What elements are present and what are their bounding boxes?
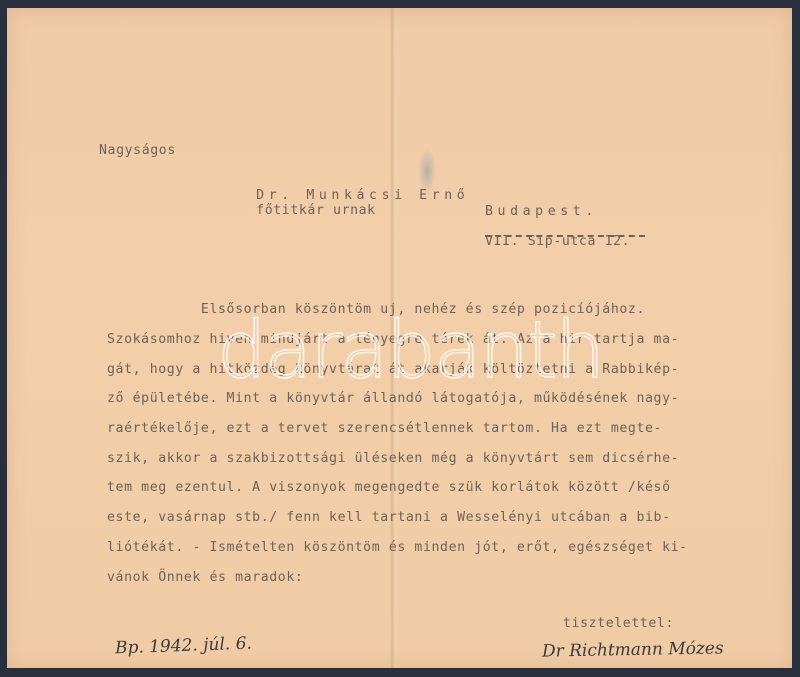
city: Budapest. [485, 204, 598, 219]
recipient-name: Dr. Munkácsi Ernő [256, 188, 469, 203]
body-line: raértékelője, ezt a tervet szerencsétlen… [107, 421, 662, 436]
body-line: tem meg ezentul. A viszonyok megengedte … [107, 480, 671, 495]
body-line: vánok Önnek és maradok: [107, 570, 303, 585]
recipient-title: főtitkár urnak [256, 203, 376, 218]
handwritten-date: Bp. 1942. júl. 6. [115, 634, 253, 659]
watermark: darabanth [217, 306, 603, 396]
body-line: szik, akkor a szakbizottsági üléseken mé… [107, 451, 679, 466]
address: VII. Sip-utca 12. [485, 234, 630, 249]
recipient-line: Dr. Munkácsi Ernő főtitkár urnak [222, 173, 469, 233]
letter-paper: Nagyságos Dr. Munkácsi Ernő főtitkár urn… [7, 8, 792, 668]
signature: Dr Richtmann Mózes [542, 638, 724, 661]
body-line: liótékát. - Ismételten köszöntöm és mind… [107, 540, 688, 555]
body-line: este, vasárnap stb./ fenn kell tartani a… [107, 510, 671, 525]
closing: tisztelettel: [563, 616, 674, 631]
salutation: Nagyságos [99, 143, 176, 158]
